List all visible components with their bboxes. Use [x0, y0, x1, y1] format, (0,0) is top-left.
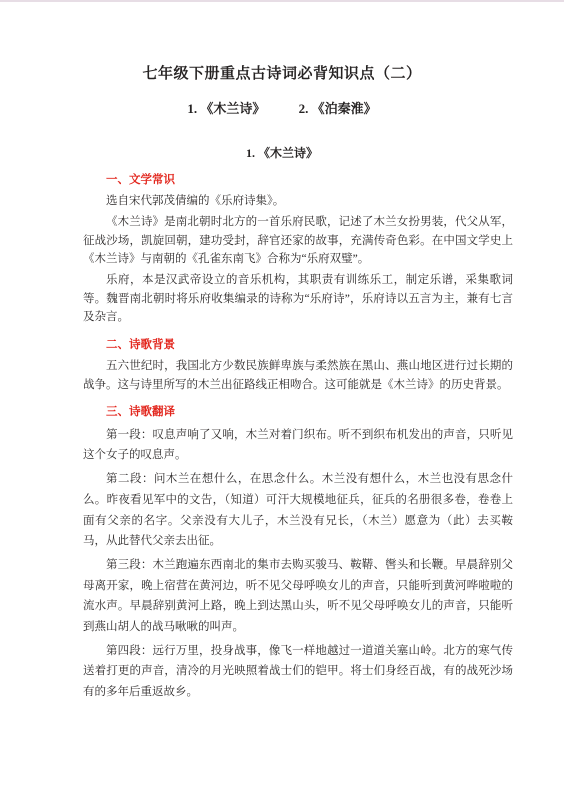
paragraph-yuefu-definition: 乐府，本是汉武帝设立的音乐机构，其职责有训练乐工，制定乐谱，采集歌词等。魏晋南北…: [83, 271, 513, 327]
document-page: 七年级下册重点古诗词必背知识点（二） 1. 《木兰诗》 2. 《泊秦淮》 1. …: [0, 0, 564, 800]
paragraph-historical-background: 五六世纪时，我国北方少数民族鲜卑族与柔然族在黑山、燕山地区进行过长期的战争。这与…: [83, 357, 513, 394]
heading-literary-knowledge: 一、文学常识: [83, 171, 513, 189]
section-poem-translation: 三、诗歌翻译 第一段：叹息声响了又响，木兰对着门织布。听不到织布机发出的声音，只…: [83, 403, 513, 702]
document-body: 一、文学常识 选自宋代郭茂倩编的《乐府诗集》。 《木兰诗》是南北朝时北方的一首乐…: [83, 171, 513, 703]
subtitle-item-mulan-poem: 1. 《木兰诗》: [187, 101, 265, 116]
page-title: 七年级下册重点古诗词必背知识点（二）: [0, 62, 564, 83]
paragraph-poem-intro: 《木兰诗》是南北朝时北方的一首乐府民歌，记述了木兰女扮男装，代父从军，征战沙场，…: [83, 213, 513, 269]
subtitle-item-boqinhuai-poem: 2. 《泊秦淮》: [299, 101, 377, 116]
page-subtitle: 1. 《木兰诗》 2. 《泊秦淮》: [0, 98, 564, 117]
paragraph-translation-3: 第三段：木兰跑遍东西南北的集市去购买骏马、鞍鞯、辔头和长鞭。早晨辞别父母离开家，…: [83, 555, 513, 638]
section-poem-background: 二、诗歌背景 五六世纪时，我国北方少数民族鲜卑族与柔然族在黑山、燕山地区进行过长…: [83, 336, 513, 395]
paragraph-translation-4: 第四段：远行万里，投身战事，像飞一样地越过一道道关塞山岭。北方的寒气传送着打更的…: [83, 641, 513, 703]
heading-poem-background: 二、诗歌背景: [83, 336, 513, 354]
paragraph-source: 选自宋代郭茂倩编的《乐府诗集》。: [83, 192, 513, 211]
paragraph-translation-2: 第二段：问木兰在想什么，在思念什么。木兰没有想什么，木兰也没有思念什么。昨夜看见…: [83, 469, 513, 552]
heading-poem-translation: 三、诗歌翻译: [83, 403, 513, 421]
poem-section-title: 1. 《木兰诗》: [0, 144, 564, 161]
section-literary-knowledge: 一、文学常识 选自宋代郭茂倩编的《乐府诗集》。 《木兰诗》是南北朝时北方的一首乐…: [83, 171, 513, 327]
page-top-edge: [0, 0, 564, 2]
paragraph-translation-1: 第一段：叹息声响了又响，木兰对着门织布。听不到织布机发出的声音，只听见这个女子的…: [83, 425, 513, 466]
